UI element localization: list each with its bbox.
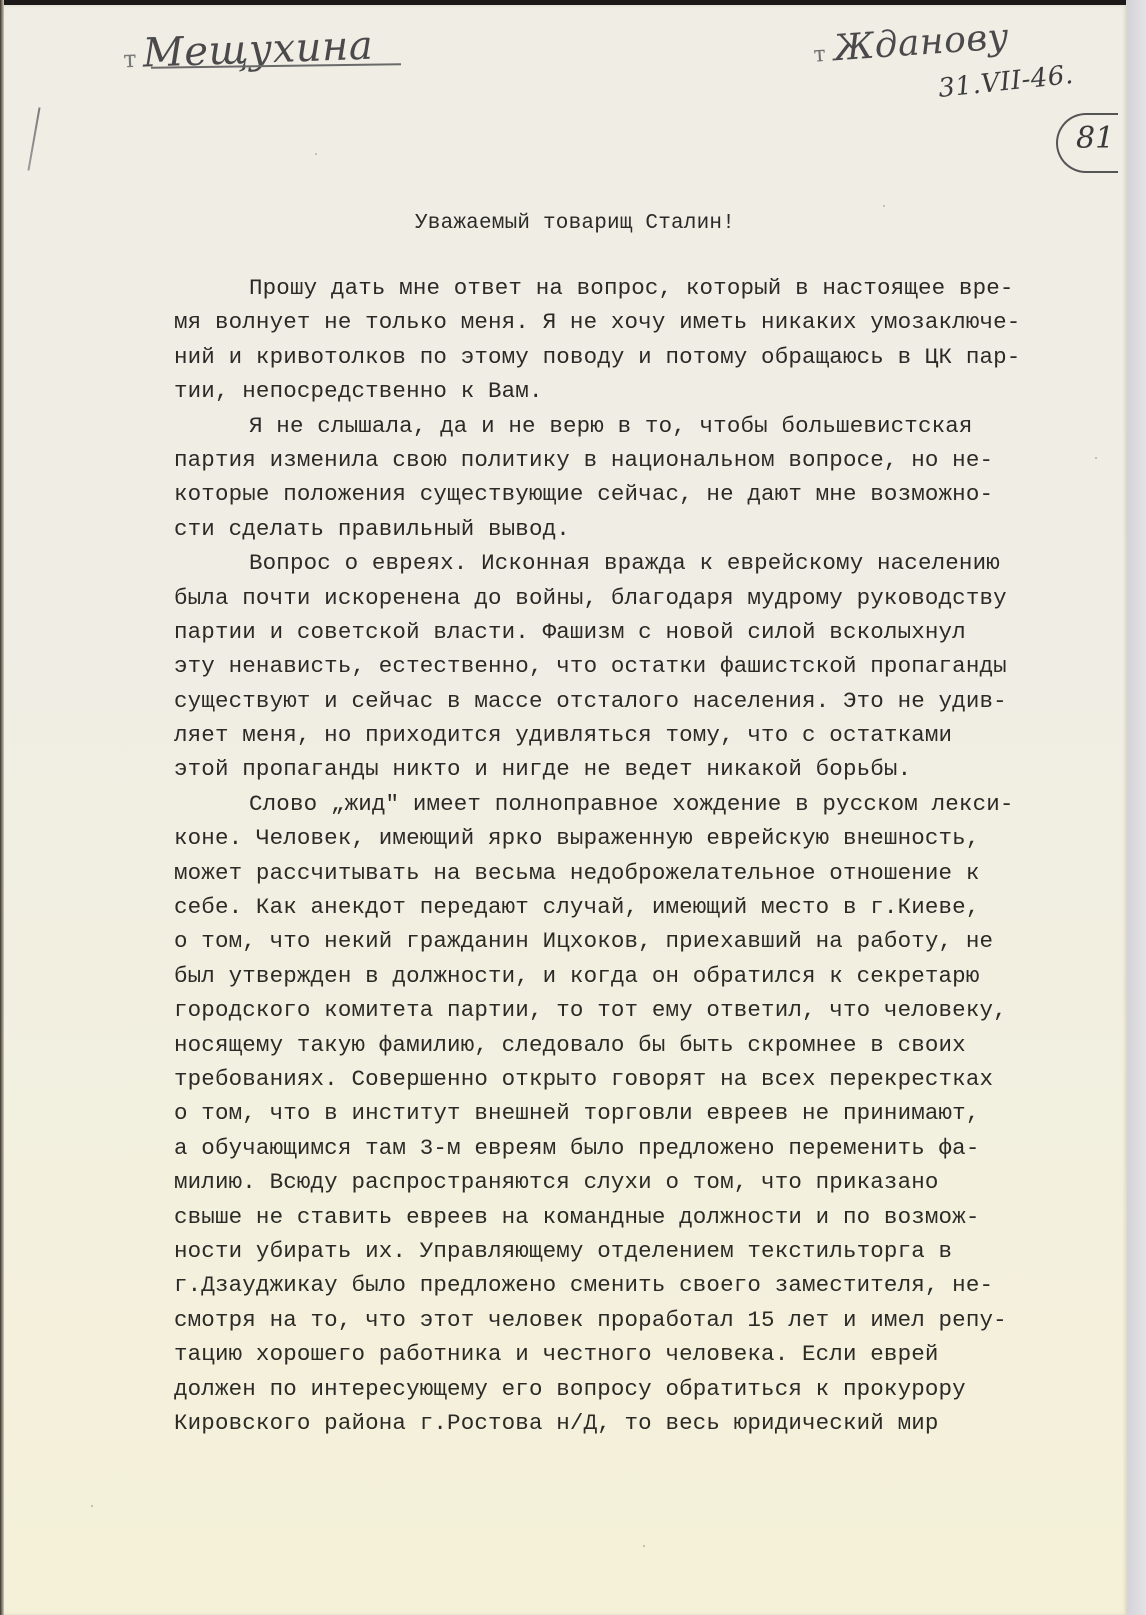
typed-line: г.Дзауджикау было предложено сменить сво… [174, 1268, 1114, 1302]
pencil-mark: т [123, 45, 138, 73]
typed-line: ляет меня, но приходится удивляться тому… [174, 718, 1114, 752]
typed-line: Вопрос о евреях. Исконная вражда к еврей… [174, 546, 1114, 580]
typed-line: Слово „жид" имеет полноправное хождение … [174, 787, 1114, 821]
typed-line: себе. Как анекдот передают случай, имеющ… [174, 890, 1114, 924]
typed-line: носящему такую фамилию, следовало бы быт… [174, 1028, 1114, 1062]
typed-line: сти сделать правильный вывод. [174, 512, 1114, 546]
typed-line: может рассчитывать на весьма недоброжела… [174, 856, 1114, 890]
paper-speck [883, 205, 885, 207]
typed-line: Кировского района г.Ростова н/Д, то весь… [174, 1406, 1114, 1440]
typed-line: ний и кривотолков по этому поводу и пото… [174, 340, 1114, 374]
typed-line: тии, непосредственно к Вам. [174, 374, 1114, 408]
typed-line: существуют и сейчас в массе отсталого на… [174, 684, 1114, 718]
typed-line: Я не слышала, да и не верю в то, чтобы б… [174, 409, 1114, 443]
paper-speck [91, 1505, 93, 1507]
typed-line: милию. Всюду распространяются слухи о то… [174, 1165, 1114, 1199]
typed-line: должен по интересующему его вопросу обра… [174, 1372, 1114, 1406]
typed-line: которые положения существующие сейчас, н… [174, 477, 1114, 511]
typed-line: требованиях. Совершенно открыто говорят … [174, 1062, 1114, 1096]
handwritten-name: Жданову [832, 16, 1010, 69]
letter-body: Прошу дать мне ответ на вопрос, который … [174, 271, 1114, 1440]
margin-pencil-mark [27, 107, 40, 170]
typed-line: партии и советской власти. Фашизм с ново… [174, 615, 1114, 649]
typed-line: коне. Человек, имеющий ярко выраженную е… [174, 821, 1114, 855]
typed-line: о том, что в институт внешней торговли е… [174, 1096, 1114, 1130]
folio-number: 81 [1076, 121, 1114, 156]
typed-line: смотря на то, что этот человек проработа… [174, 1303, 1114, 1337]
paper-speck [315, 153, 317, 155]
paper-speck [643, 1545, 645, 1547]
typed-line: тацию хорошего работника и честного чело… [174, 1337, 1114, 1371]
handwritten-name: Мещухина [142, 23, 374, 77]
typed-line: а обучающимся там 3-м евреям было предло… [174, 1131, 1114, 1165]
typed-line: был утвержден в должности, и когда он об… [174, 959, 1114, 993]
handwritten-note-addressee-right: тЖданову [812, 16, 1011, 71]
typed-line: городского комитета партии, то тот ему о… [174, 993, 1114, 1027]
typed-line: мя волнует не только меня. Я не хочу име… [174, 305, 1114, 339]
typed-line: свыше не ставить евреев на командные дол… [174, 1200, 1114, 1234]
salutation: Уважаемый товарищ Сталин! [3, 212, 1127, 235]
typed-line: была почти искоренена до войны, благодар… [174, 581, 1114, 615]
handwritten-date: 31.VII-46. [937, 60, 1075, 104]
scan-left-edge [0, 0, 4, 1615]
folio-number-circle: 81 [1056, 113, 1118, 173]
typed-line: этой пропаганды никто и нигде не ведет н… [174, 752, 1114, 786]
handwritten-note-addressee-left: тМещухина [122, 23, 374, 78]
scanner-bed-strip [1126, 0, 1146, 1615]
typed-line: о том, что некий гражданин Ицхоков, прие… [174, 924, 1114, 958]
typed-line: партия изменила свою политику в национал… [174, 443, 1114, 477]
typed-line: Прошу дать мне ответ на вопрос, который … [174, 271, 1114, 305]
typed-line: ности убирать их. Управляющему отделение… [174, 1234, 1114, 1268]
pencil-mark: т [813, 42, 827, 68]
typed-line: эту ненависть, естественно, что остатки … [174, 649, 1114, 683]
document-page: тМещухина тЖданову 31.VII-46. 81 Уважаем… [3, 5, 1127, 1615]
